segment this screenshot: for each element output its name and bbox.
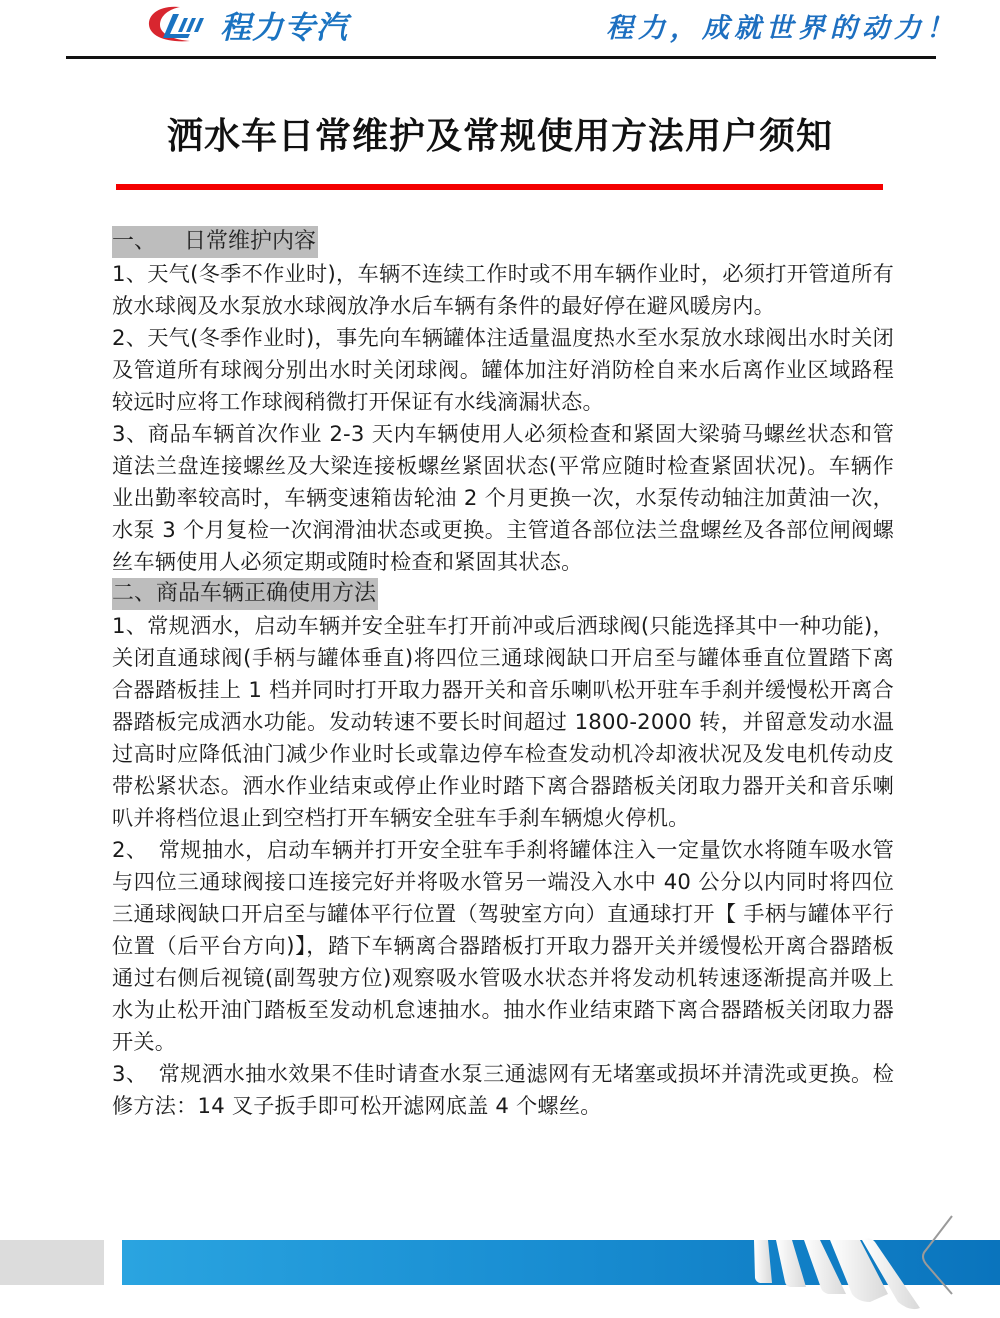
paragraph: 3、 常规洒水抽水效果不佳时请查水泵三通滤网有无堵塞或损坏并清洗或更换。检修方法… bbox=[112, 1058, 894, 1122]
logo-text: 程力专汽 bbox=[220, 2, 348, 47]
paragraph: 2、天气(冬季作业时)，事先向车辆罐体注适量温度热水至水泵放水球阀出水时关闭及管… bbox=[112, 322, 894, 418]
footer-gray-block bbox=[0, 1240, 104, 1285]
page-curl-decoration-icon bbox=[720, 1190, 1000, 1318]
paragraph: 1、常规洒水，启动车辆并安全驻车打开前冲或后洒球阀(只能选择其中一种功能)，关闭… bbox=[112, 610, 894, 834]
slogan: 程力，成就世界的动力！ bbox=[606, 6, 958, 45]
page-header: 程力专汽 程力，成就世界的动力！ bbox=[0, 0, 1000, 60]
section-heading: 二、商品车辆正确使用方法 bbox=[112, 578, 378, 610]
section-title: 日常维护内容 bbox=[184, 229, 316, 254]
section-heading: 一、日常维护内容 bbox=[112, 226, 318, 258]
brand-logo: 程力专汽 bbox=[146, 4, 348, 44]
title-underline bbox=[116, 184, 883, 190]
cl-logo-icon bbox=[146, 4, 216, 44]
section-number: 一、 bbox=[112, 226, 156, 258]
section-title: 商品车辆正确使用方法 bbox=[156, 581, 376, 606]
header-divider bbox=[66, 56, 936, 59]
page-title: 洒水车日常维护及常规使用方法用户须知 bbox=[0, 108, 1000, 159]
paragraph: 2、 常规抽水，启动车辆并打开安全驻车手刹将罐体注入一定量饮水将随车吸水管与四位… bbox=[112, 834, 894, 1058]
paragraph: 1、天气(冬季不作业时)，车辆不连续工作时或不用车辆作业时，必须打开管道所有放水… bbox=[112, 258, 894, 322]
document-body: 一、日常维护内容 1、天气(冬季不作业时)，车辆不连续工作时或不用车辆作业时，必… bbox=[112, 226, 894, 1122]
section-daily-maintenance: 一、日常维护内容 1、天气(冬季不作业时)，车辆不连续工作时或不用车辆作业时，必… bbox=[112, 226, 894, 578]
section-correct-usage: 二、商品车辆正确使用方法 1、常规洒水，启动车辆并安全驻车打开前冲或后洒球阀(只… bbox=[112, 578, 894, 1122]
paragraph: 3、商品车辆首次作业 2-3 天内车辆使用人必须检查和紧固大梁骑马螺丝状态和管道… bbox=[112, 418, 894, 578]
section-number: 二、 bbox=[112, 578, 156, 610]
